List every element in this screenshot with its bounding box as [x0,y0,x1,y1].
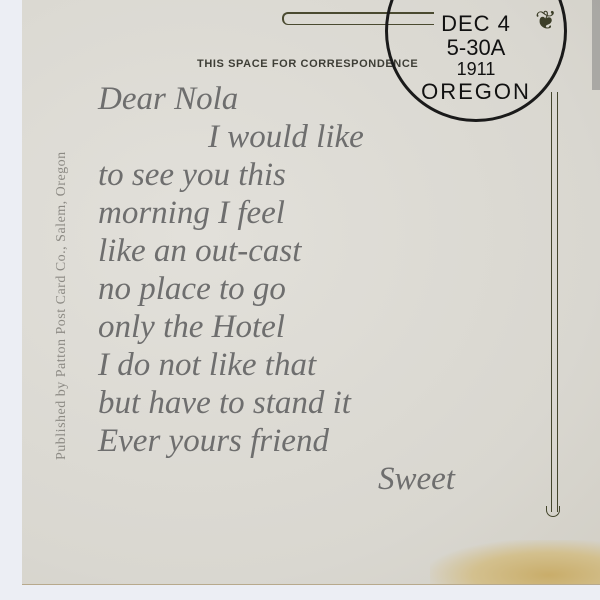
message-line: but have to stand it [98,384,558,422]
message-line: morning I feel [98,194,558,232]
publisher-imprint-text: Published by Patton Post Card Co., Salem… [54,0,70,460]
water-stain [430,540,600,584]
message-line: I do not like that [98,346,558,384]
message-line: Dear Nola [98,80,558,118]
postmark-time: 5-30A [388,35,564,61]
stamp-edge [592,0,600,90]
postmark-year: 1911 [388,59,564,80]
message-line: like an out-cast [98,232,558,270]
message-line: Ever yours friend [98,422,558,460]
correspondence-label: THIS SPACE FOR CORRESPONDENCE [197,58,418,70]
publisher-imprint: Published by Patton Post Card Co., Salem… [54,0,72,480]
message-line: to see you this [98,156,558,194]
handwritten-message: Dear Nola I would like to see you this m… [98,80,558,498]
signature: Sweet [98,460,558,498]
message-line: no place to go [98,270,558,308]
message-line: only the Hotel [98,308,558,346]
postmark-date: DEC 4 [388,11,564,37]
message-line: I would like [98,118,558,156]
